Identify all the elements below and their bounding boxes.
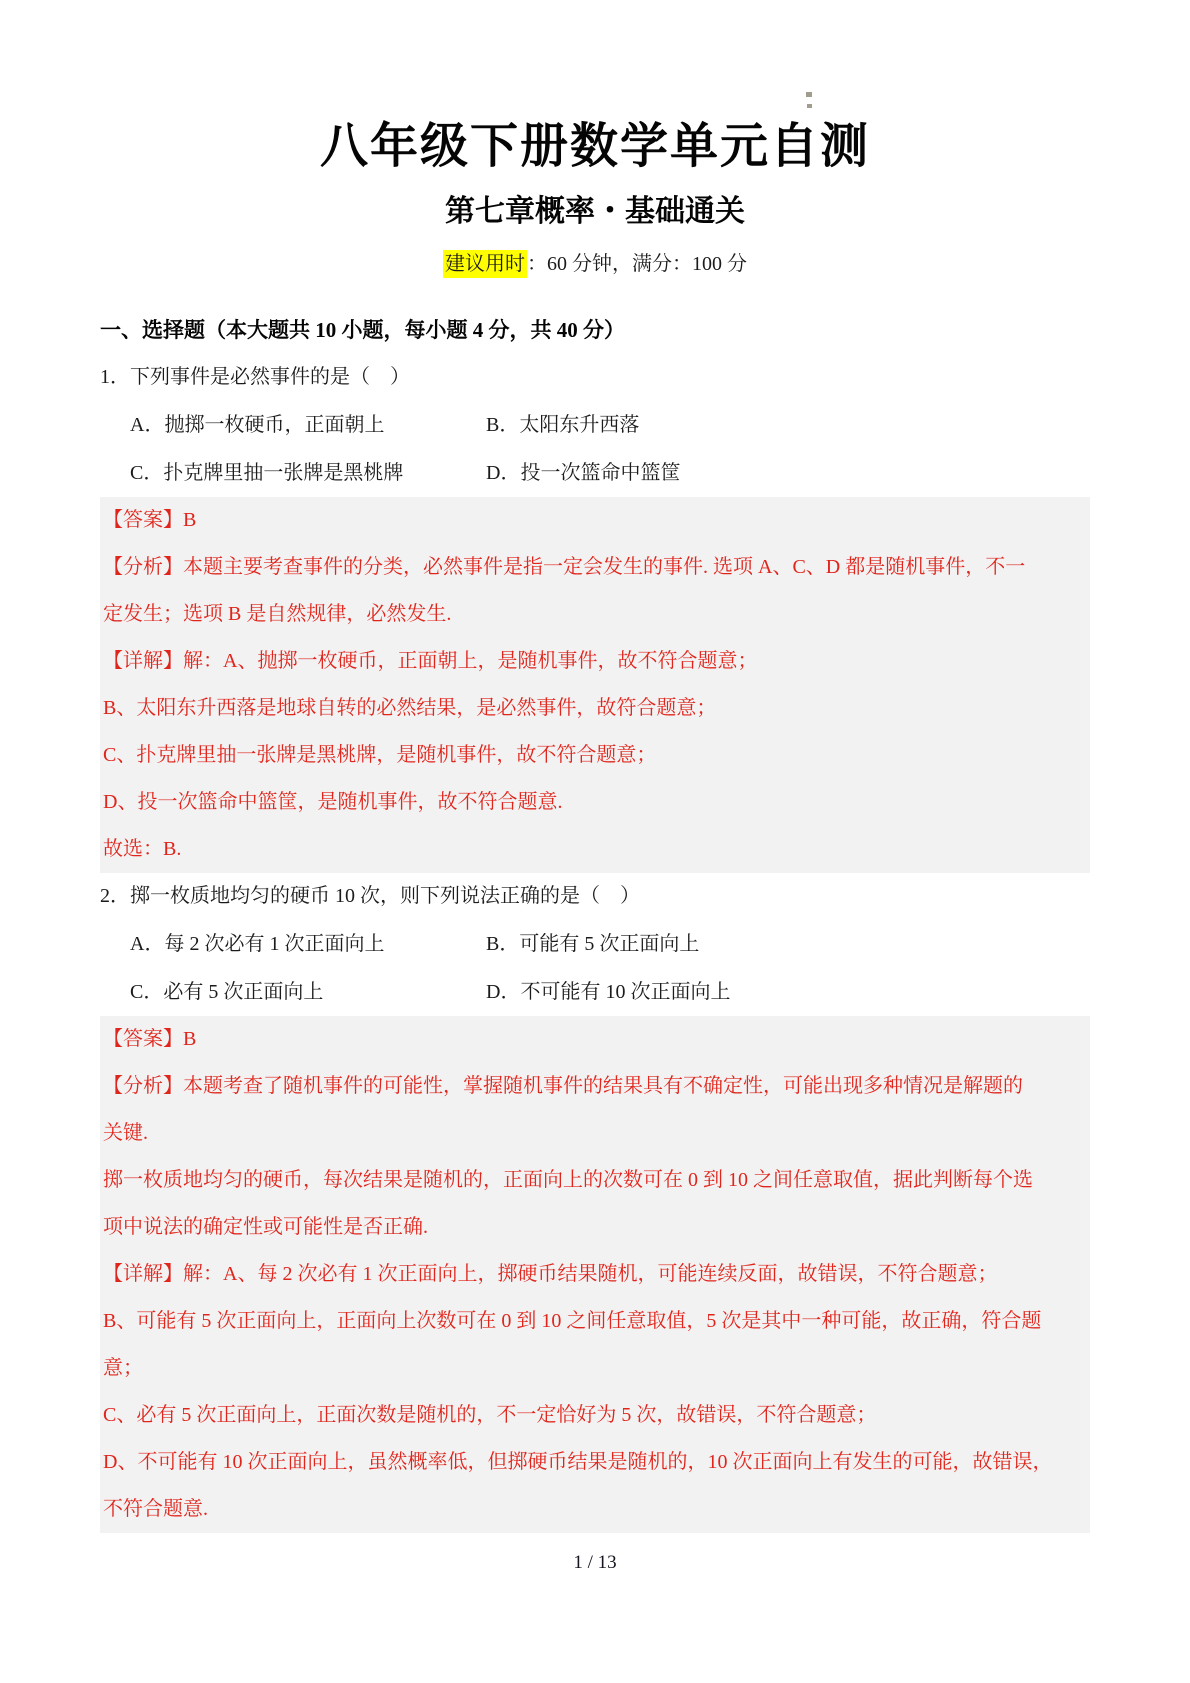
question-2-option-a: A．每 2 次必有 1 次正面向上 [130, 920, 486, 968]
answer-line: B、太阳东升西落是地球自转的必然结果，是必然事件，故符合题意； [103, 685, 1086, 732]
answer-line: 【详解】解：A、每 2 次必有 1 次正面向上，掷硬币结果随机，可能连续反面，故… [103, 1251, 1086, 1298]
page-subtitle: 第七章概率・基础通关 [0, 192, 1190, 232]
answer-line: B、可能有 5 次正面向上，正面向上次数可在 0 到 10 之间任意取值，5 次… [103, 1298, 1086, 1345]
answer-line: 【详解】解：A、抛掷一枚硬币，正面朝上，是随机事件，故不符合题意； [103, 638, 1086, 685]
question-2-options-row-2: C．必有 5 次正面向上D．不可能有 10 次正面向上 [100, 968, 1090, 1016]
question-2-answer-block: 【答案】B 【分析】本题考查了随机事件的可能性，掌握随机事件的结果具有不确定性，… [100, 1016, 1090, 1533]
answer-line: C、必有 5 次正面向上，正面次数是随机的，不一定恰好为 5 次，故错误，不符合… [103, 1392, 1086, 1439]
document-body: 一、选择题（本大题共 10 小题，每小题 4 分，共 40 分） 1．下列事件是… [100, 307, 1090, 1533]
answer-line: 意； [103, 1345, 1086, 1392]
answer-line: 故选：B. [103, 826, 1086, 873]
corner-mark-dot [806, 92, 812, 97]
answer-line: 不符合题意. [103, 1486, 1086, 1533]
suggested-time-line: 建议用时：60 分钟，满分：100 分 [0, 247, 1190, 281]
question-2-option-c: C．必有 5 次正面向上 [130, 968, 486, 1016]
answer-line: 【分析】本题主要考查事件的分类，必然事件是指一定会发生的事件. 选项 A、C、D… [103, 544, 1086, 591]
question-2-option-b: B．可能有 5 次正面向上 [486, 933, 699, 955]
answer-line: 项中说法的确定性或可能性是否正确. [103, 1204, 1086, 1251]
answer-line: 【答案】B [103, 1016, 1086, 1063]
answer-line: 【答案】B [103, 497, 1086, 544]
answer-line: D、投一次篮命中篮筐，是随机事件，故不符合题意. [103, 779, 1086, 826]
page-number: 1 / 13 [0, 1550, 1190, 1576]
answer-line: D、不可能有 10 次正面向上，虽然概率低，但掷硬币结果是随机的，10 次正面向… [103, 1439, 1086, 1486]
answer-line: 关键. [103, 1110, 1086, 1157]
corner-mark-dot [807, 104, 812, 108]
answer-line: C、扑克牌里抽一张牌是黑桃牌，是随机事件，故不符合题意； [103, 732, 1086, 779]
document-page: 八年级下册数学单元自测 第七章概率・基础通关 建议用时：60 分钟，满分：100… [0, 0, 1190, 1683]
suggested-time-text: ：60 分钟，满分：100 分 [527, 253, 747, 275]
question-1-option-a: A．抛掷一枚硬币，正面朝上 [130, 401, 486, 449]
question-2-option-d: D．不可能有 10 次正面向上 [486, 981, 730, 1003]
question-1-options-row-1: A．抛掷一枚硬币，正面朝上B．太阳东升西落 [100, 401, 1090, 449]
question-2-stem: 2．掷一枚质地均匀的硬币 10 次，则下列说法正确的是（ ） [100, 873, 1090, 920]
question-1-stem: 1．下列事件是必然事件的是（ ） [100, 354, 1090, 401]
suggested-time-highlight: 建议用时 [443, 250, 527, 278]
question-1-option-b: B．太阳东升西落 [486, 414, 639, 436]
question-1-option-d: D．投一次篮命中篮筐 [486, 462, 680, 484]
question-1-answer-block: 【答案】B 【分析】本题主要考查事件的分类，必然事件是指一定会发生的事件. 选项… [100, 497, 1090, 873]
answer-line: 掷一枚质地均匀的硬币，每次结果是随机的，正面向上的次数可在 0 到 10 之间任… [103, 1157, 1086, 1204]
page-title: 八年级下册数学单元自测 [0, 118, 1190, 176]
answer-line: 定发生；选项 B 是自然规律，必然发生. [103, 591, 1086, 638]
question-1-option-c: C．扑克牌里抽一张牌是黑桃牌 [130, 449, 486, 497]
answer-line: 【分析】本题考查了随机事件的可能性，掌握随机事件的结果具有不确定性，可能出现多种… [103, 1063, 1086, 1110]
section-heading: 一、选择题（本大题共 10 小题，每小题 4 分，共 40 分） [100, 307, 1090, 354]
question-2-options-row-1: A．每 2 次必有 1 次正面向上B．可能有 5 次正面向上 [100, 920, 1090, 968]
question-1-options-row-2: C．扑克牌里抽一张牌是黑桃牌D．投一次篮命中篮筐 [100, 449, 1090, 497]
